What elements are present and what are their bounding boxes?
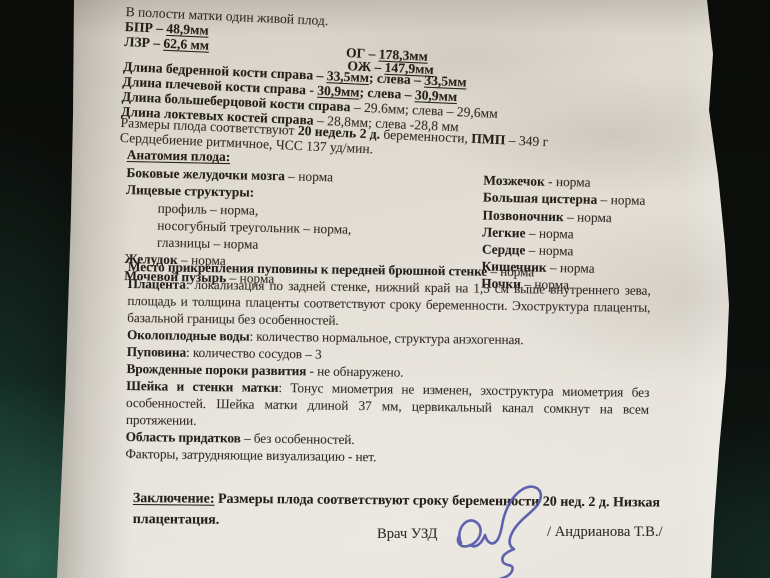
placenta-paragraph: Плацента: локализация по задней стенке, … [127, 275, 651, 333]
item-value: – норма [564, 209, 612, 225]
item-value: – норма [525, 242, 573, 258]
item-value: – норма [597, 192, 645, 208]
findings-section: Место прикрепления пуповины к передней б… [125, 258, 651, 469]
congenital-defects-text: - не обнаружено. [306, 363, 403, 379]
item-value: профиль – норма, [158, 200, 259, 217]
item-value: глазницы – норма [157, 235, 259, 252]
cord-insertion-value: – норма [487, 264, 534, 280]
amniotic-fluid-label: Околоплодные воды [127, 327, 250, 344]
report-paper-sheet: В полости матки один живой плод. БПР – 4… [0, 0, 770, 578]
item-value: - норма [545, 174, 591, 190]
og-label: ОГ – [346, 45, 379, 61]
pmp-value: – 349 г [505, 132, 549, 149]
doctor-role-label: Врач УЗД [377, 526, 437, 543]
pmp-label: ПМП [471, 131, 506, 148]
item-label: Сердце [482, 241, 526, 257]
item-label: Позвоночник [482, 207, 563, 224]
item-value: – норма [285, 169, 333, 185]
cervix-paragraph: Шейка и стенки матки: Тонус миометрия не… [126, 377, 650, 435]
item-value: – норма [525, 225, 573, 241]
cervix-label: Шейка и стенки матки [126, 378, 278, 395]
umbilical-cord-label: Пуповина [127, 344, 187, 360]
adnexa-label: Область придатков [126, 429, 241, 446]
umbilical-cord-text: : количество сосудов – 3 [186, 345, 322, 362]
og-value: 178,3мм [378, 47, 428, 64]
item-label: Мозжечок [483, 173, 545, 189]
lzr-label: ЛЗР – [124, 34, 164, 51]
item-label: Легкие [482, 224, 526, 240]
photo-of-ultrasound-report: В полости матки один живой плод. БПР – 4… [0, 0, 770, 578]
placenta-label: Плацента [128, 276, 186, 292]
item-label: Боковые желудочки мозга [126, 165, 285, 183]
doctor-signature [445, 485, 595, 578]
fetal-biometry-section: В полости матки один живой плод. БПР – 4… [120, 4, 666, 169]
conclusion-label: Заключение: [133, 491, 215, 507]
visualization-factors-text: Факторы, затрудняющие визуализацию - нет… [125, 446, 376, 464]
congenital-defects-label: Врожденные пороки развития [126, 361, 306, 378]
adnexa-text: – без особенностей. [241, 430, 355, 446]
placenta-text: : локализация по задней стенке, нижний к… [127, 277, 651, 328]
item-label: Большая цистерна [483, 190, 598, 207]
lzr-value: 62,6 мм [163, 36, 209, 53]
item-label: Лицевые структуры: [126, 182, 254, 200]
